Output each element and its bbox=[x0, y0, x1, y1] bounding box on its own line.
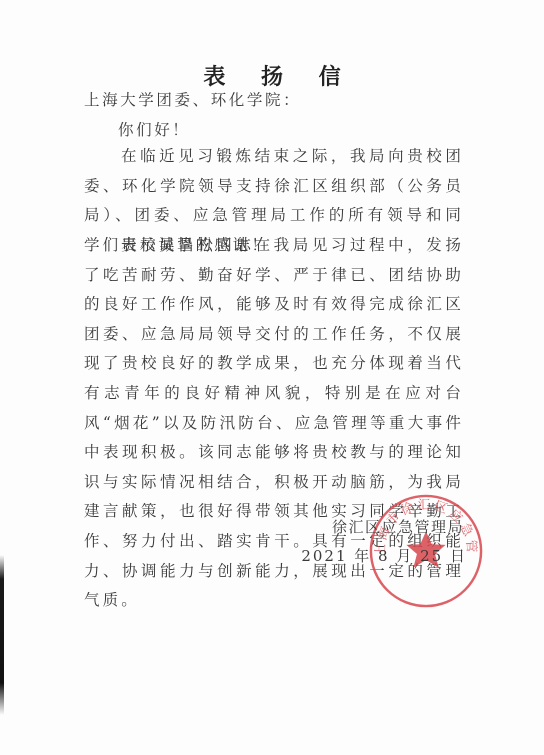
signature-date: 2021 年 8 月 25 日 bbox=[301, 545, 467, 566]
salutation: 上海大学团委、环化学院： bbox=[84, 88, 301, 110]
letter-title: 表 扬 信 bbox=[0, 60, 544, 91]
letter-page: 表 扬 信 上海大学团委、环化学院： 你们好！ 在临近见习锻炼结束之际，我局向贵… bbox=[0, 0, 544, 755]
greeting: 你们好！ bbox=[118, 118, 190, 140]
signature-org: 徐汇区应急管理局 bbox=[332, 516, 464, 537]
